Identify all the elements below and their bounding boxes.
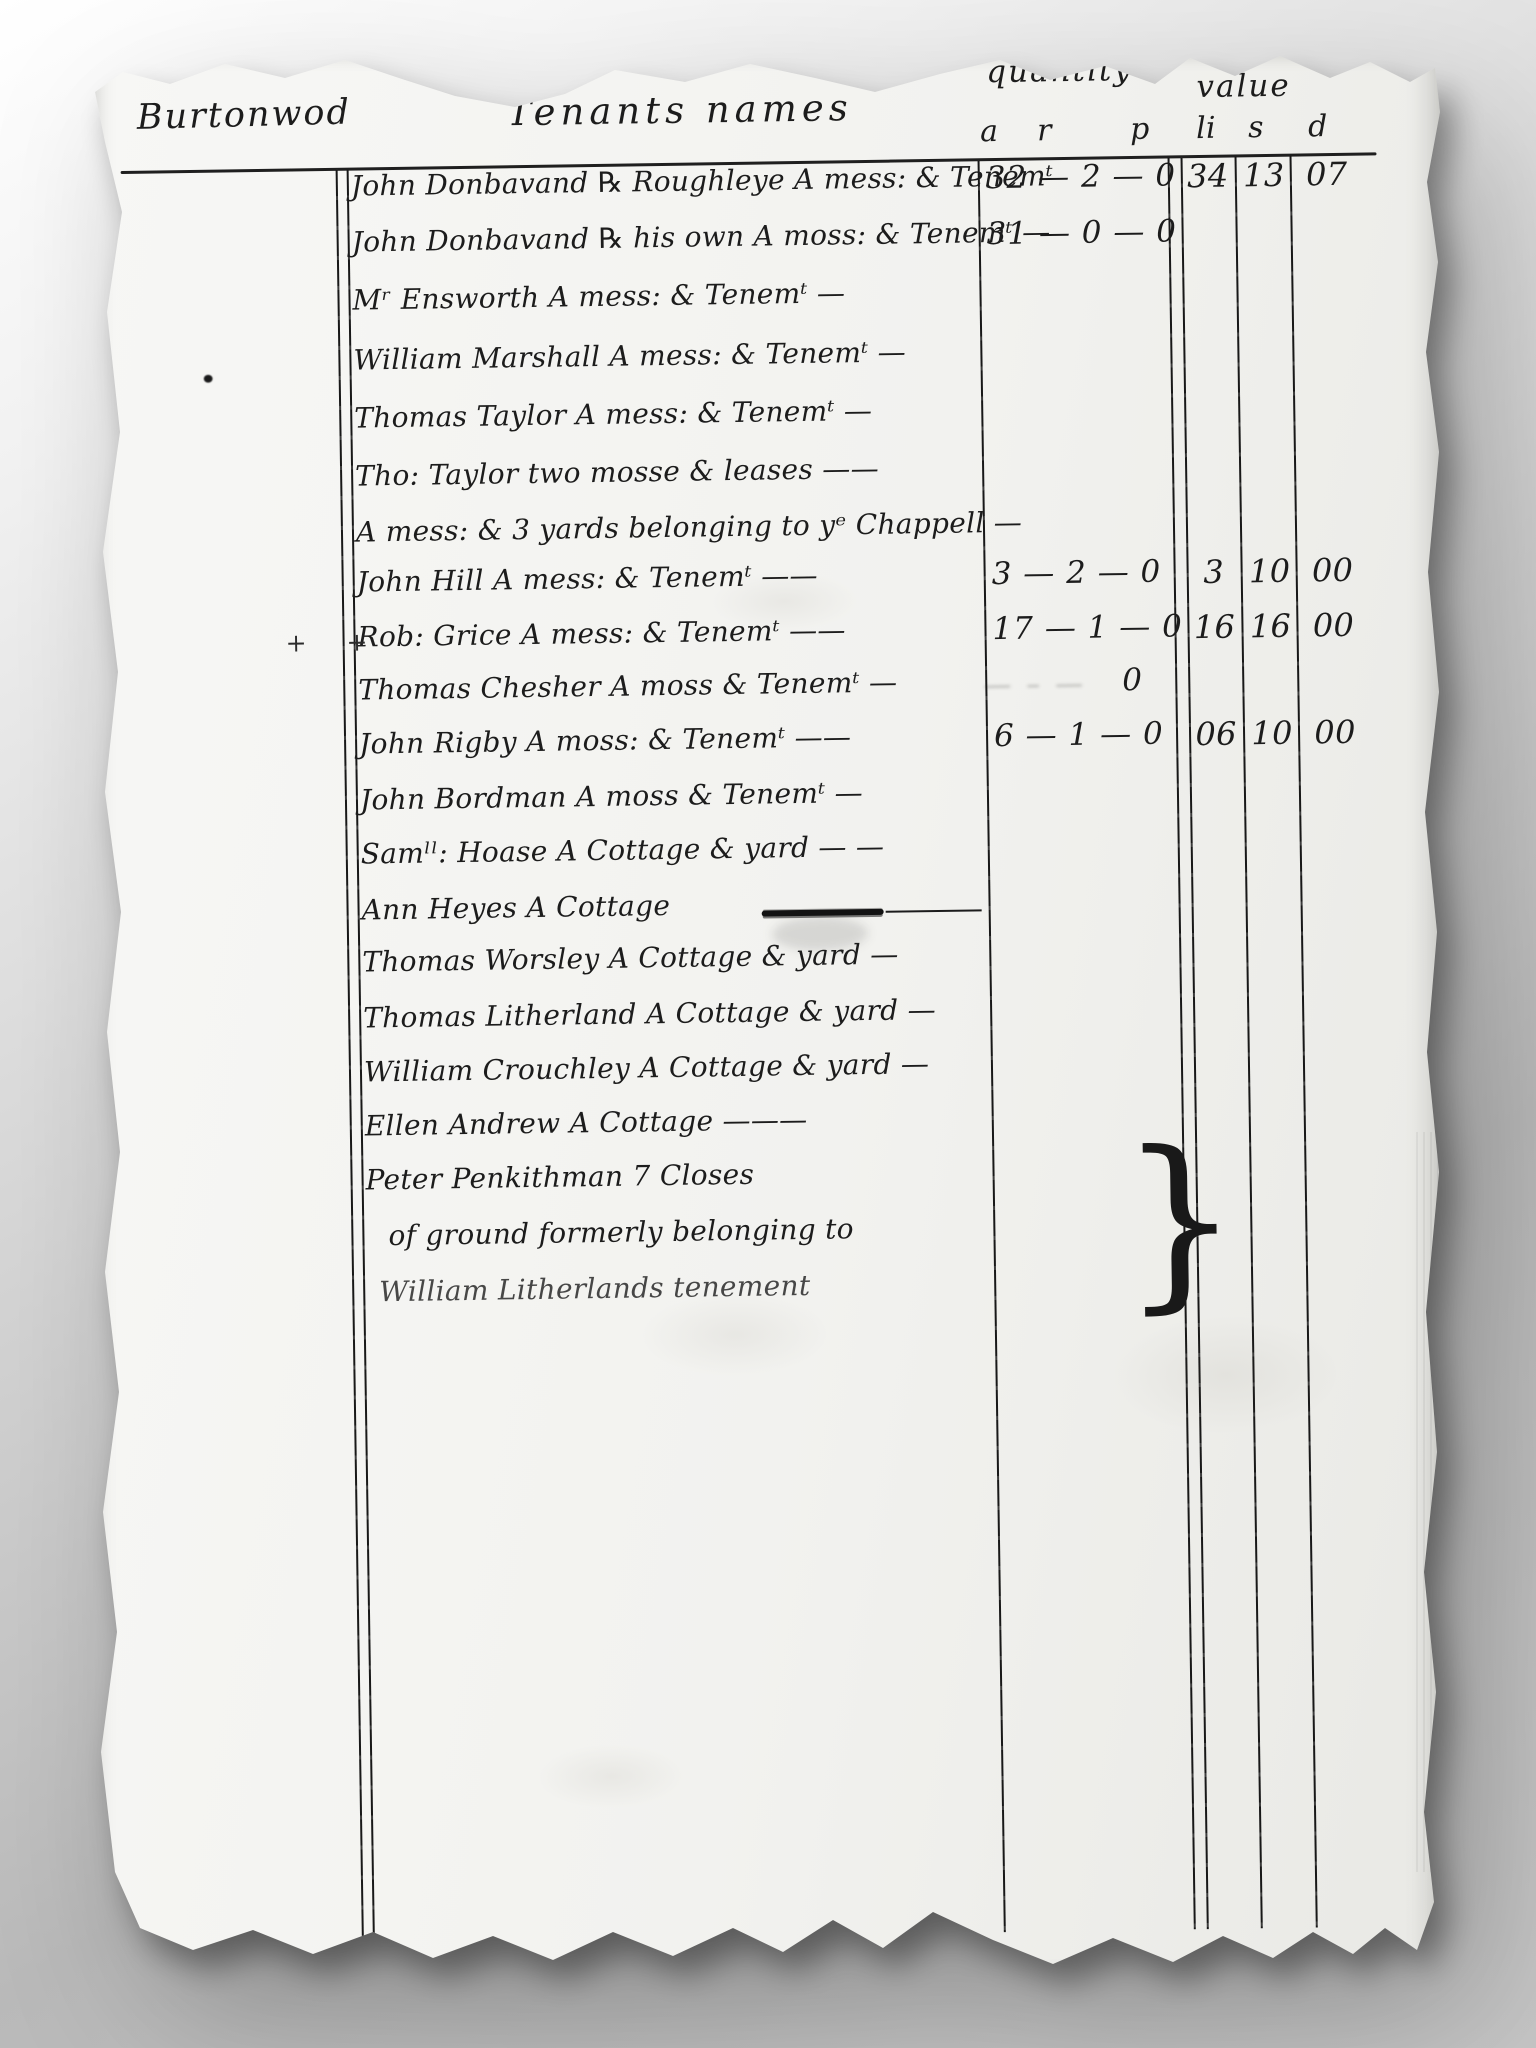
unit-label-pounds: li	[1196, 111, 1216, 146]
manuscript-page: Burtonwod Tenants names quantity value a…	[95, 52, 1440, 1984]
township-label: Burtonwod	[136, 92, 351, 137]
value-shillings-cell: 10	[1247, 714, 1298, 753]
value-pence-cell: 00	[1300, 551, 1365, 590]
quantity-cell: 32 — 2 — 0	[986, 157, 1177, 196]
tenant-row: Thomas Taylor A mess: & Tenemᵗ —	[354, 394, 872, 435]
tenant-row: Samˡˡ: Hoase A Cottage & yard — —	[361, 830, 885, 871]
value-pence-cell: 00	[1301, 606, 1366, 645]
tenant-row: John Donbavand ℞ his own A moss: & Tenem…	[351, 215, 1050, 258]
vertical-rule-pounds-shillings	[1235, 156, 1263, 1928]
value-pounds-cell: 3	[1188, 552, 1239, 591]
quantity-cell: 31 — 0 — 0	[986, 213, 1177, 252]
margin-marks: + +	[285, 627, 383, 657]
quantity-cell: 3 — 2 — 0	[991, 554, 1161, 593]
tenant-row: Ann Heyes A Cottage	[361, 889, 670, 927]
paper-stain	[639, 1291, 830, 1379]
paper-stain	[1110, 1313, 1342, 1436]
tenant-row: Thomas Litherland A Cottage & yard —	[363, 993, 936, 1034]
unit-label-pence: d	[1308, 109, 1328, 144]
value-pence-cell: 07	[1295, 155, 1360, 194]
grouping-brace: }	[1119, 1141, 1241, 1303]
quantity-cell: 17 — 1 — 0	[992, 608, 1183, 647]
tenant-row: William Marshall A mess: & Tenemᵗ —	[353, 335, 906, 376]
value-pounds-cell: 34	[1183, 157, 1234, 196]
strikethrough-dash	[886, 909, 982, 912]
paper-stain	[536, 1743, 687, 1810]
vertical-rule-shillings-pence	[1290, 156, 1318, 1928]
value-pounds-cell: 16	[1189, 607, 1240, 646]
quantity-cell: 6 — 1 — 0	[994, 716, 1164, 755]
value-shillings-cell: 10	[1244, 552, 1295, 591]
tenant-row: A mess: & 3 yards belonging to yᵉ Chappe…	[356, 506, 1023, 549]
vertical-rule-names-quantity	[978, 160, 1006, 1932]
tenant-row: Tho: Taylor two mosse & leases ——	[355, 452, 879, 493]
tenant-row: Mʳ Ensworth A mess: & Tenemᵗ —	[352, 276, 845, 316]
tenant-row: Thomas Chesher A moss & Tenemᵗ —	[358, 666, 897, 707]
vertical-rule-quantity-value-outer	[1168, 157, 1196, 1929]
tenant-row: William Crouchley A Cottage & yard —	[364, 1047, 930, 1088]
torn-edge-texture	[1416, 1132, 1438, 1872]
vertical-rule-quantity-value-inner	[1181, 157, 1209, 1929]
column-header-quantity: quantity	[986, 52, 1133, 90]
unit-label-shillings: s	[1248, 110, 1264, 145]
unit-label-roods: r	[1037, 113, 1052, 148]
tenant-row: Peter Penkithman 7 Closes	[365, 1158, 754, 1197]
manuscript-content: Burtonwod Tenants names quantity value a…	[81, 42, 1455, 1994]
tenant-row: Ellen Andrew A Cottage ———	[365, 1103, 808, 1143]
value-shillings-cell: 16	[1245, 607, 1296, 646]
tenant-row: John Rigby A moss: & Tenemᵗ ——	[359, 720, 852, 760]
tenant-row: of ground formerly belonging to	[388, 1212, 854, 1252]
page-background: Burtonwod Tenants names quantity value a…	[0, 0, 1536, 2048]
unit-label-acres: a	[980, 114, 999, 149]
value-pence-cell: 00	[1303, 713, 1368, 752]
tenant-row: John Bordman A moss & Tenemᵗ —	[360, 776, 863, 816]
strikethrough-mark	[762, 909, 884, 917]
ink-blot	[204, 375, 213, 383]
unit-label-perches: p	[1130, 112, 1150, 147]
erased-quantity: — – —	[983, 666, 1133, 694]
column-header-tenants: Tenants names	[506, 86, 853, 134]
column-header-value: value	[1196, 68, 1291, 105]
value-shillings-cell: 13	[1239, 156, 1290, 195]
value-pounds-cell: 06	[1191, 714, 1242, 753]
quantity-remnant: 0	[1122, 662, 1143, 698]
